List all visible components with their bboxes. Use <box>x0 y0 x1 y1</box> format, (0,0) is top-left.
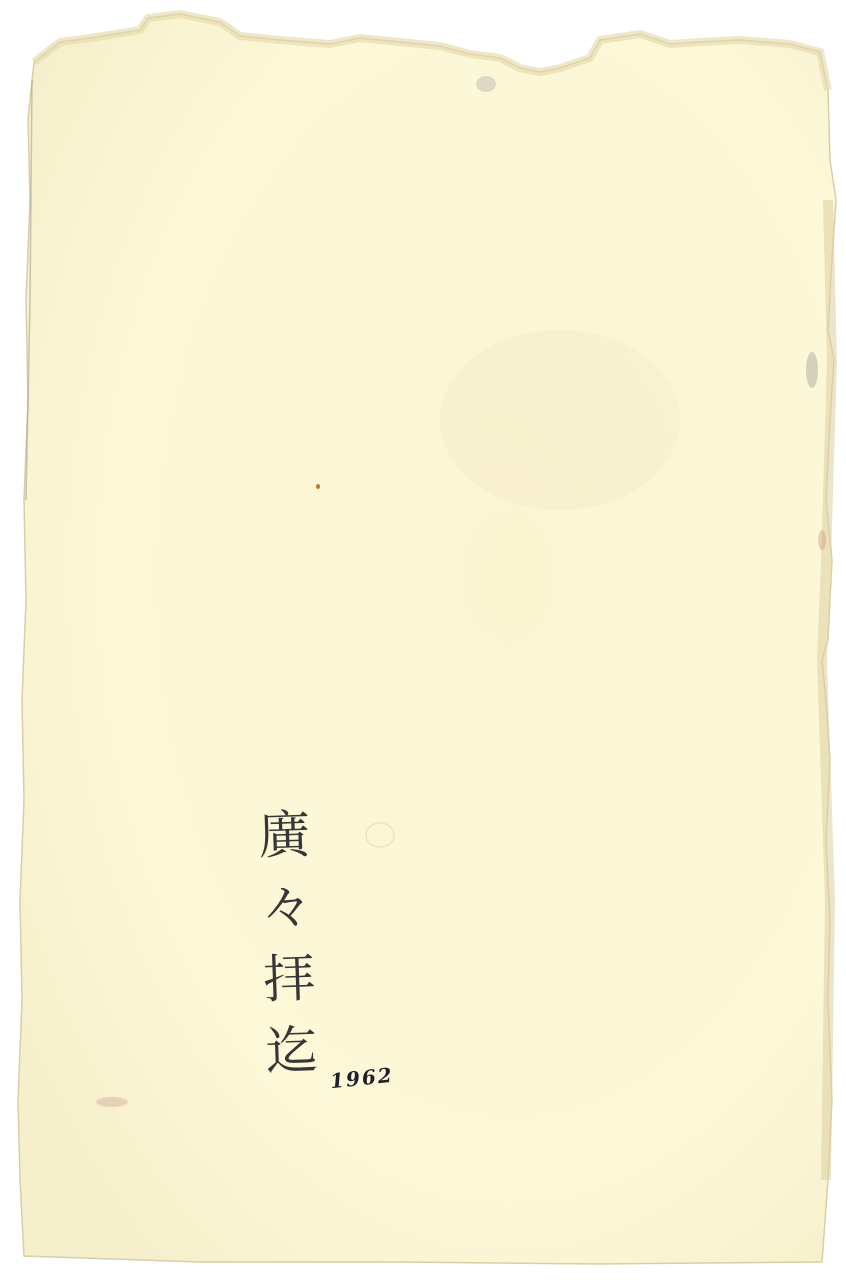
signature-char-1: 廣 <box>257 799 299 872</box>
signature-char-4: 迄 <box>265 1015 307 1088</box>
aged-paper-sheet <box>0 0 846 1280</box>
ink-speck <box>316 484 320 489</box>
signature-char-2: 々 <box>259 871 301 944</box>
signature-char-3: 拝 <box>262 943 304 1016</box>
paper-shape <box>18 14 836 1264</box>
